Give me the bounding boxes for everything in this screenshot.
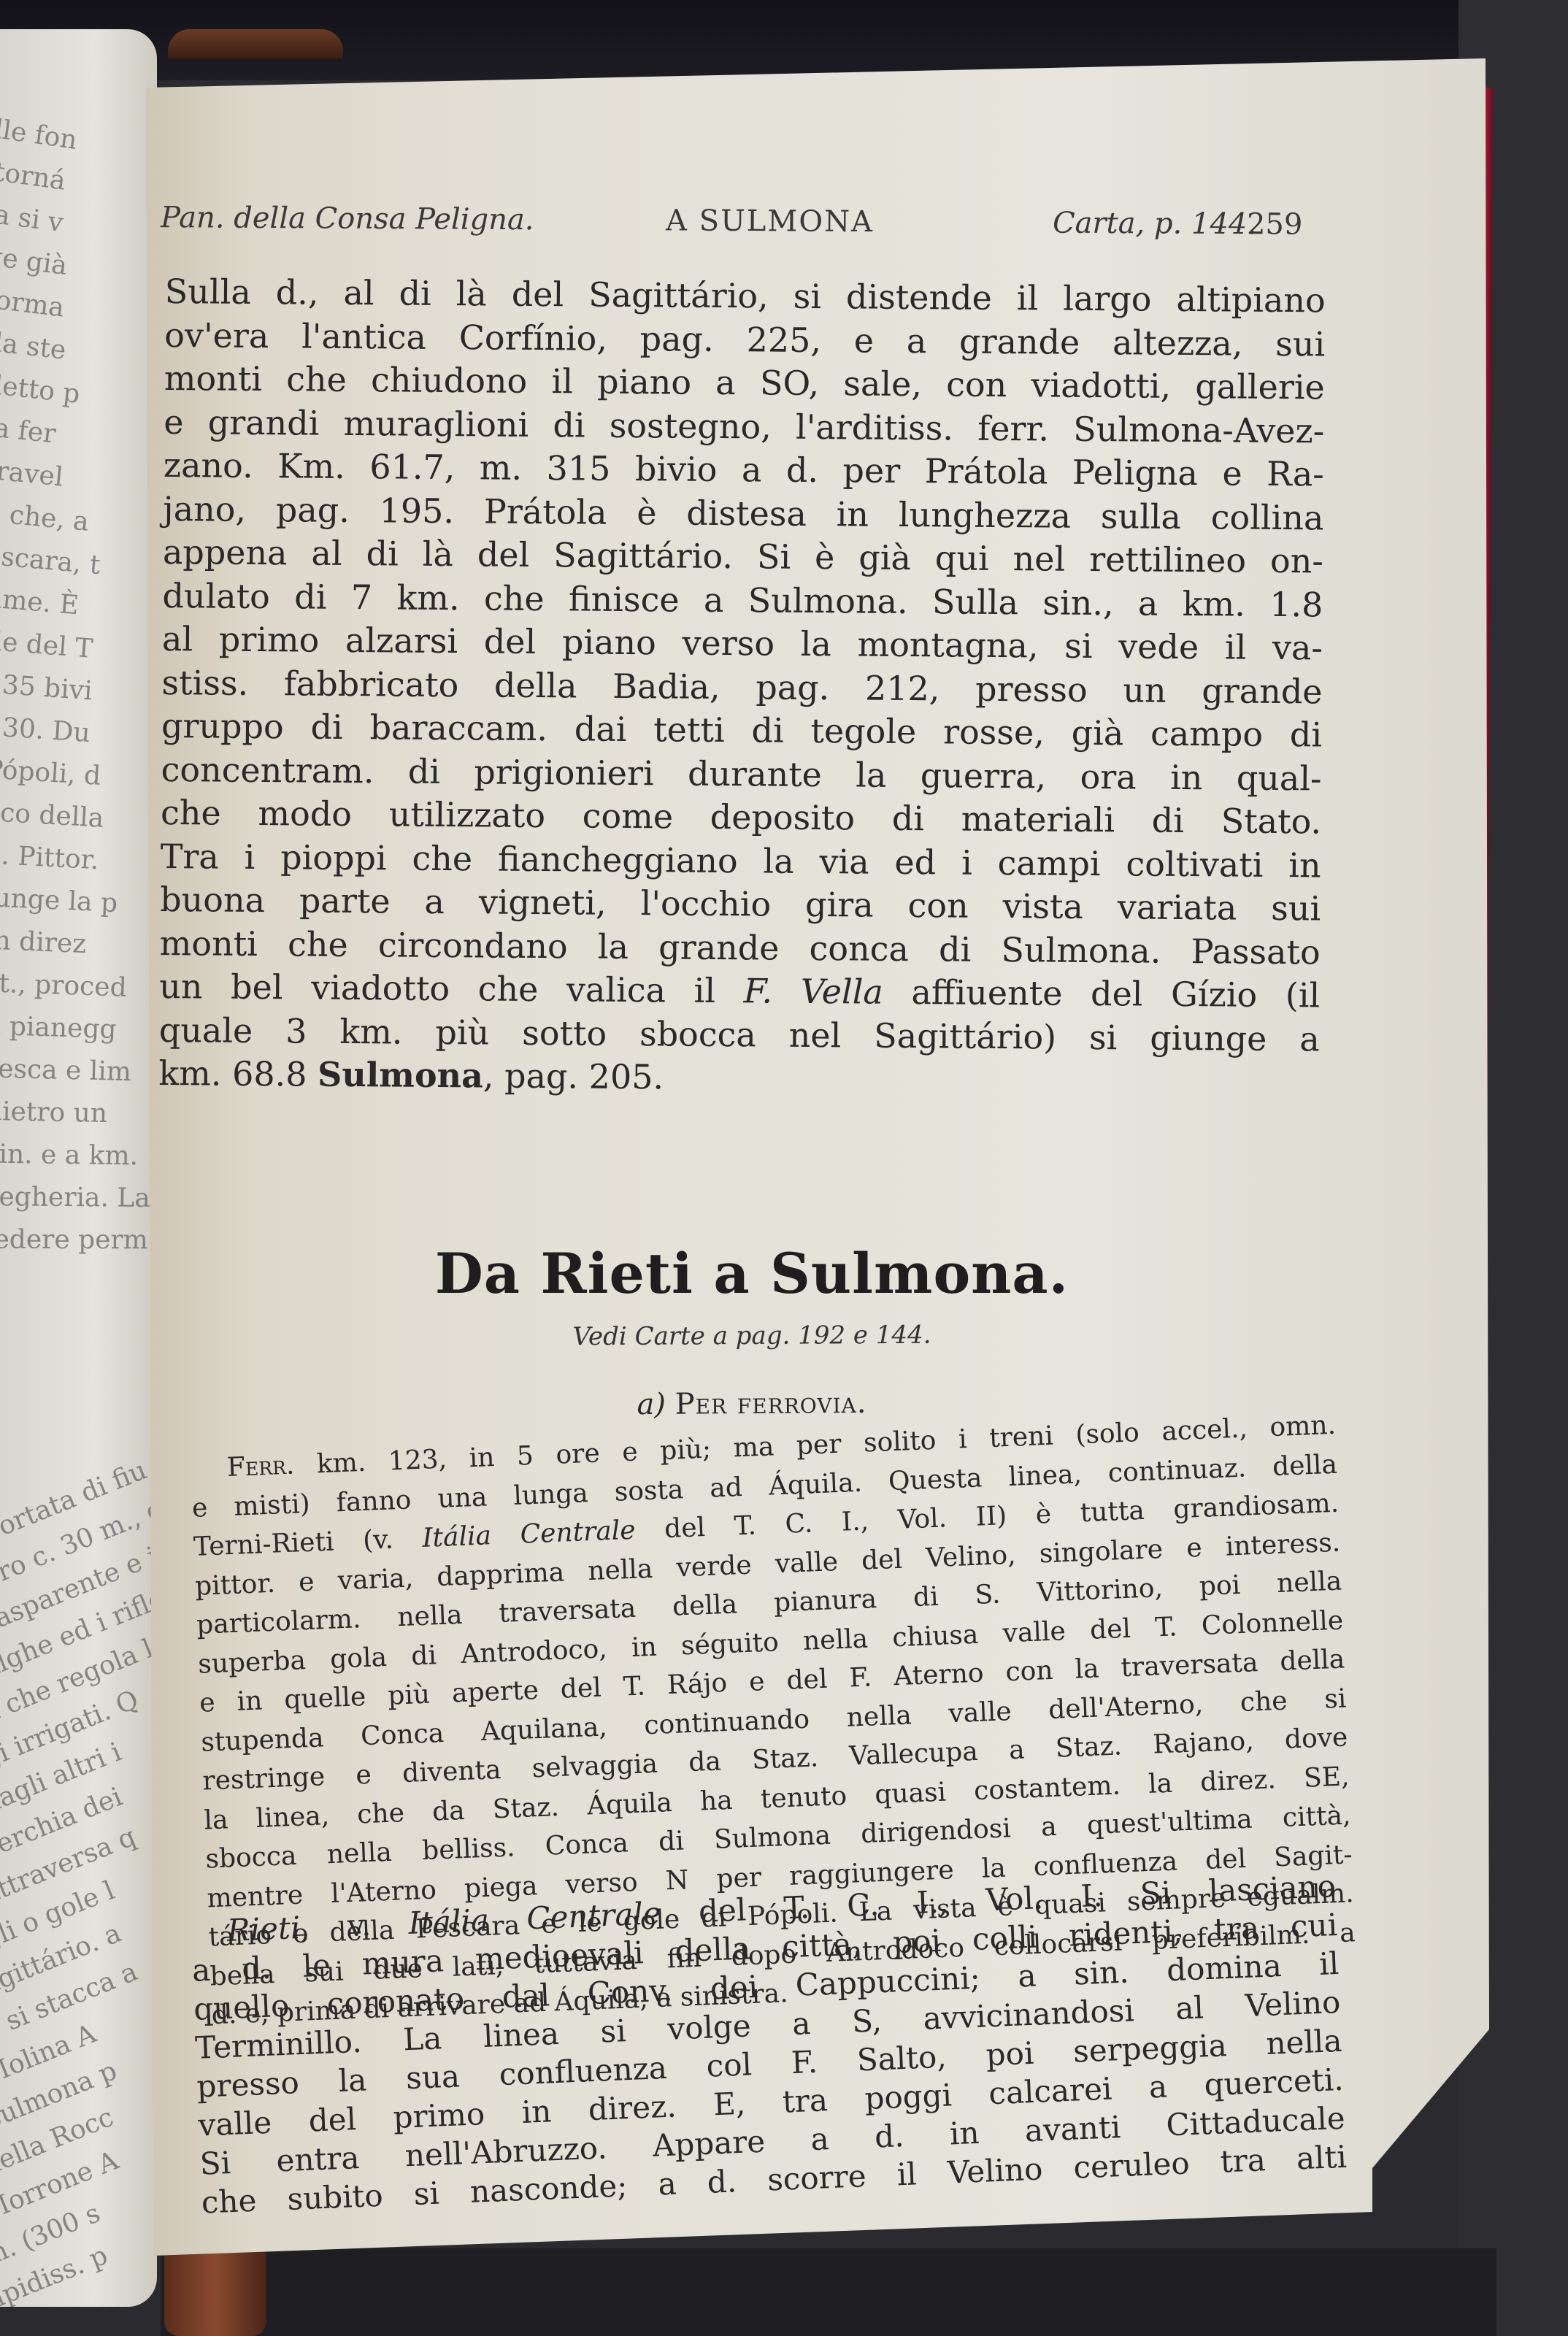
text-run: , pag. 205. [483,1056,664,1096]
previous-page-text-fragment: resca e lim [0,1053,146,1087]
previous-page-text-fragment: sin. e a km. [0,1139,146,1171]
previous-page-edge: dle fonitornála si vge giàformalla stede… [0,29,157,2307]
previous-page-text-fragment: iedere perm [0,1225,146,1256]
previous-page-text-fragment: 230. Du [0,712,147,752]
previous-page-text-fragment: 235 bivi [0,669,147,710]
previous-page-text-fragment: la fer [0,412,147,458]
previous-page-text-fragment: forma [0,284,147,333]
lead-word: Ferr. [226,1451,295,1483]
previous-page-text-fragment: e che, a [0,498,147,542]
paragraph-cerfinio-to-sulmona: Sulla d., al di là del Sagittário, si di… [158,270,1326,1104]
text-run: affiuente del Gízio (il [883,972,1321,1015]
previous-page-text-fragment: Pópoli, d [0,754,147,794]
running-head-title: A SULMONA [666,204,874,239]
previous-page-text-fragment: dle fon [0,113,147,165]
previous-page-text-fragment: lla ste [0,327,147,375]
running-head-section: Pan. della Consa Peligna. [161,201,534,237]
running-head: Pan. della Consa Peligna. A SULMONA Cart… [161,201,1329,252]
page-number: 259 [1247,207,1303,241]
book-page: Pan. della Consa Peligna. A SULMONA Cart… [146,58,1489,2256]
previous-page-text-fragment: st., proced [0,968,147,1004]
previous-page-text-fragment: a pianegg [0,1011,147,1046]
previous-page-text-fragment: lle del T [0,626,147,669]
previous-page-text-fragment: dietro un [0,1096,146,1129]
subsection-label: Per ferrovia. [675,1386,866,1421]
text-run: un bel viadotto che valica il [159,967,744,1010]
previous-page-text-fragment: ge già [0,242,147,291]
bookmark-ribbon-top [168,29,343,58]
rieti-route-description: Rieti, v. Itália Centrale del T. C. I., … [190,1867,1348,2222]
river-name: F. Vella [744,971,884,1011]
bookmark-ribbon-bottom [164,2248,266,2336]
text-run: km. 68.8 [158,1053,318,1094]
place-name-rieti: Rieti [226,1910,301,1948]
previous-page-text-fragment: cco della [0,797,147,836]
running-head-map-ref: Carta, p. 144. [1053,207,1256,242]
previous-page-text-fragment: detto p [0,369,147,417]
previous-page-text-fragment: travel [0,455,147,500]
text-line: km. 68.8 Sulmona, pag. 205. [158,1052,1319,1104]
previous-page-text-fragment: ume. È [0,583,147,626]
previous-page-text-fragment: in direz [0,926,147,962]
previous-page-text-fragment: escara, t [0,540,147,584]
dark-background-bottom [161,2248,1496,2336]
previous-page-text-fragment: segheria. La [0,1182,146,1213]
text-run: Terni-Rieti (v. [193,1524,423,1562]
previous-page-text-fragment: la si v [0,199,147,249]
previous-page-text-fragment: iunge la p [0,883,147,920]
previous-page-text-fragment: a. Pittor. [0,839,147,877]
place-name-sulmona: Sulmona [318,1055,483,1096]
section-title: Da Rieti a Sulmona. [146,1241,1358,1306]
section-map-reference: Vedi Carte a pag. 192 e 144. [146,1318,1358,1354]
guide-title: Itália Centrale [422,1515,637,1553]
text-run: , v. [299,1905,409,1945]
subsection-letter: a) [637,1388,666,1421]
previous-page-text-fragment: itorná [0,155,147,207]
